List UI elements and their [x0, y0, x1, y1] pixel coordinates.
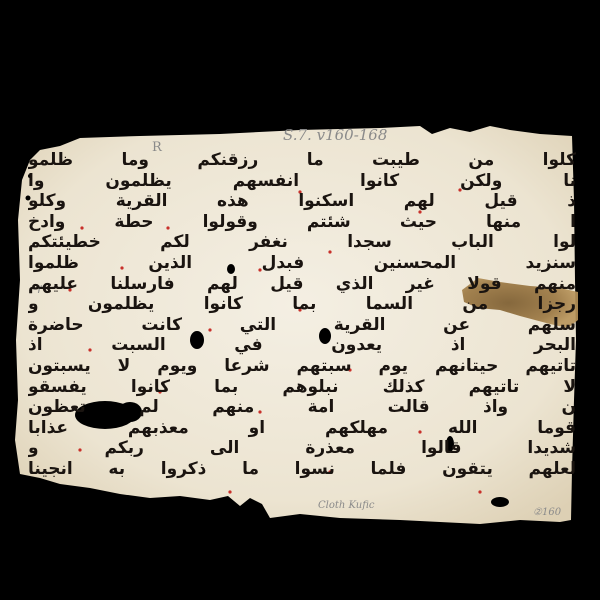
text-line: رجزا من السما بما كانوا يظلمون و	[28, 294, 576, 315]
pencil-script-note: Cloth Kufic	[318, 500, 374, 511]
text-line: سنزيد المحسنين فبدل الذين ظلموا	[28, 253, 576, 274]
hole	[491, 497, 509, 507]
kufic-text-block: كلوا من طيبت ما رزقنكم وما ظلمو نا ولكن …	[28, 150, 576, 480]
text-line: سلهم عن القرية التي كانت حاضرة	[28, 315, 576, 336]
text-line: ذ قيل لهم اسكنوا هذه القرية وكلو	[28, 191, 576, 212]
text-line: كلوا من طيبت ما رزقنكم وما ظلمو	[28, 150, 576, 171]
pencil-folio-number: ②160	[533, 507, 561, 518]
text-line: نا ولكن كانوا انفسهم يظلمون وا	[28, 171, 576, 192]
text-line: ا منها حيث شئتم وقولوا حطة وادخ	[28, 212, 576, 233]
text-line: قوما الله مهلكهم او معذبهم عذابا	[28, 418, 576, 439]
text-line: شديدا قالوا معذرة الى ربكم و	[28, 438, 576, 459]
text-line: ن واذ قالت امة منهم لم تعظون	[28, 397, 576, 418]
pencil-verse-reference: S.7. v160-168	[283, 126, 387, 144]
text-line: البحر اذ يعدون في السبت اذ	[28, 335, 576, 356]
text-line: لعلهم يتقون فلما نسوا ما ذكروا به انجينا	[28, 459, 576, 480]
text-line: تاتيهم حيتانهم يوم سبتهم شرعا ويوم لا يس…	[28, 356, 576, 377]
text-line: لوا الباب سجدا نغفر لكم خطيئتكم	[28, 232, 576, 253]
text-line: لا تاتيهم كذلك نبلوهم بما كانوا يفسقو	[28, 377, 576, 398]
text-line: منهم قولا غير الذي قيل لهم فارسلنا عليهم	[28, 274, 576, 295]
